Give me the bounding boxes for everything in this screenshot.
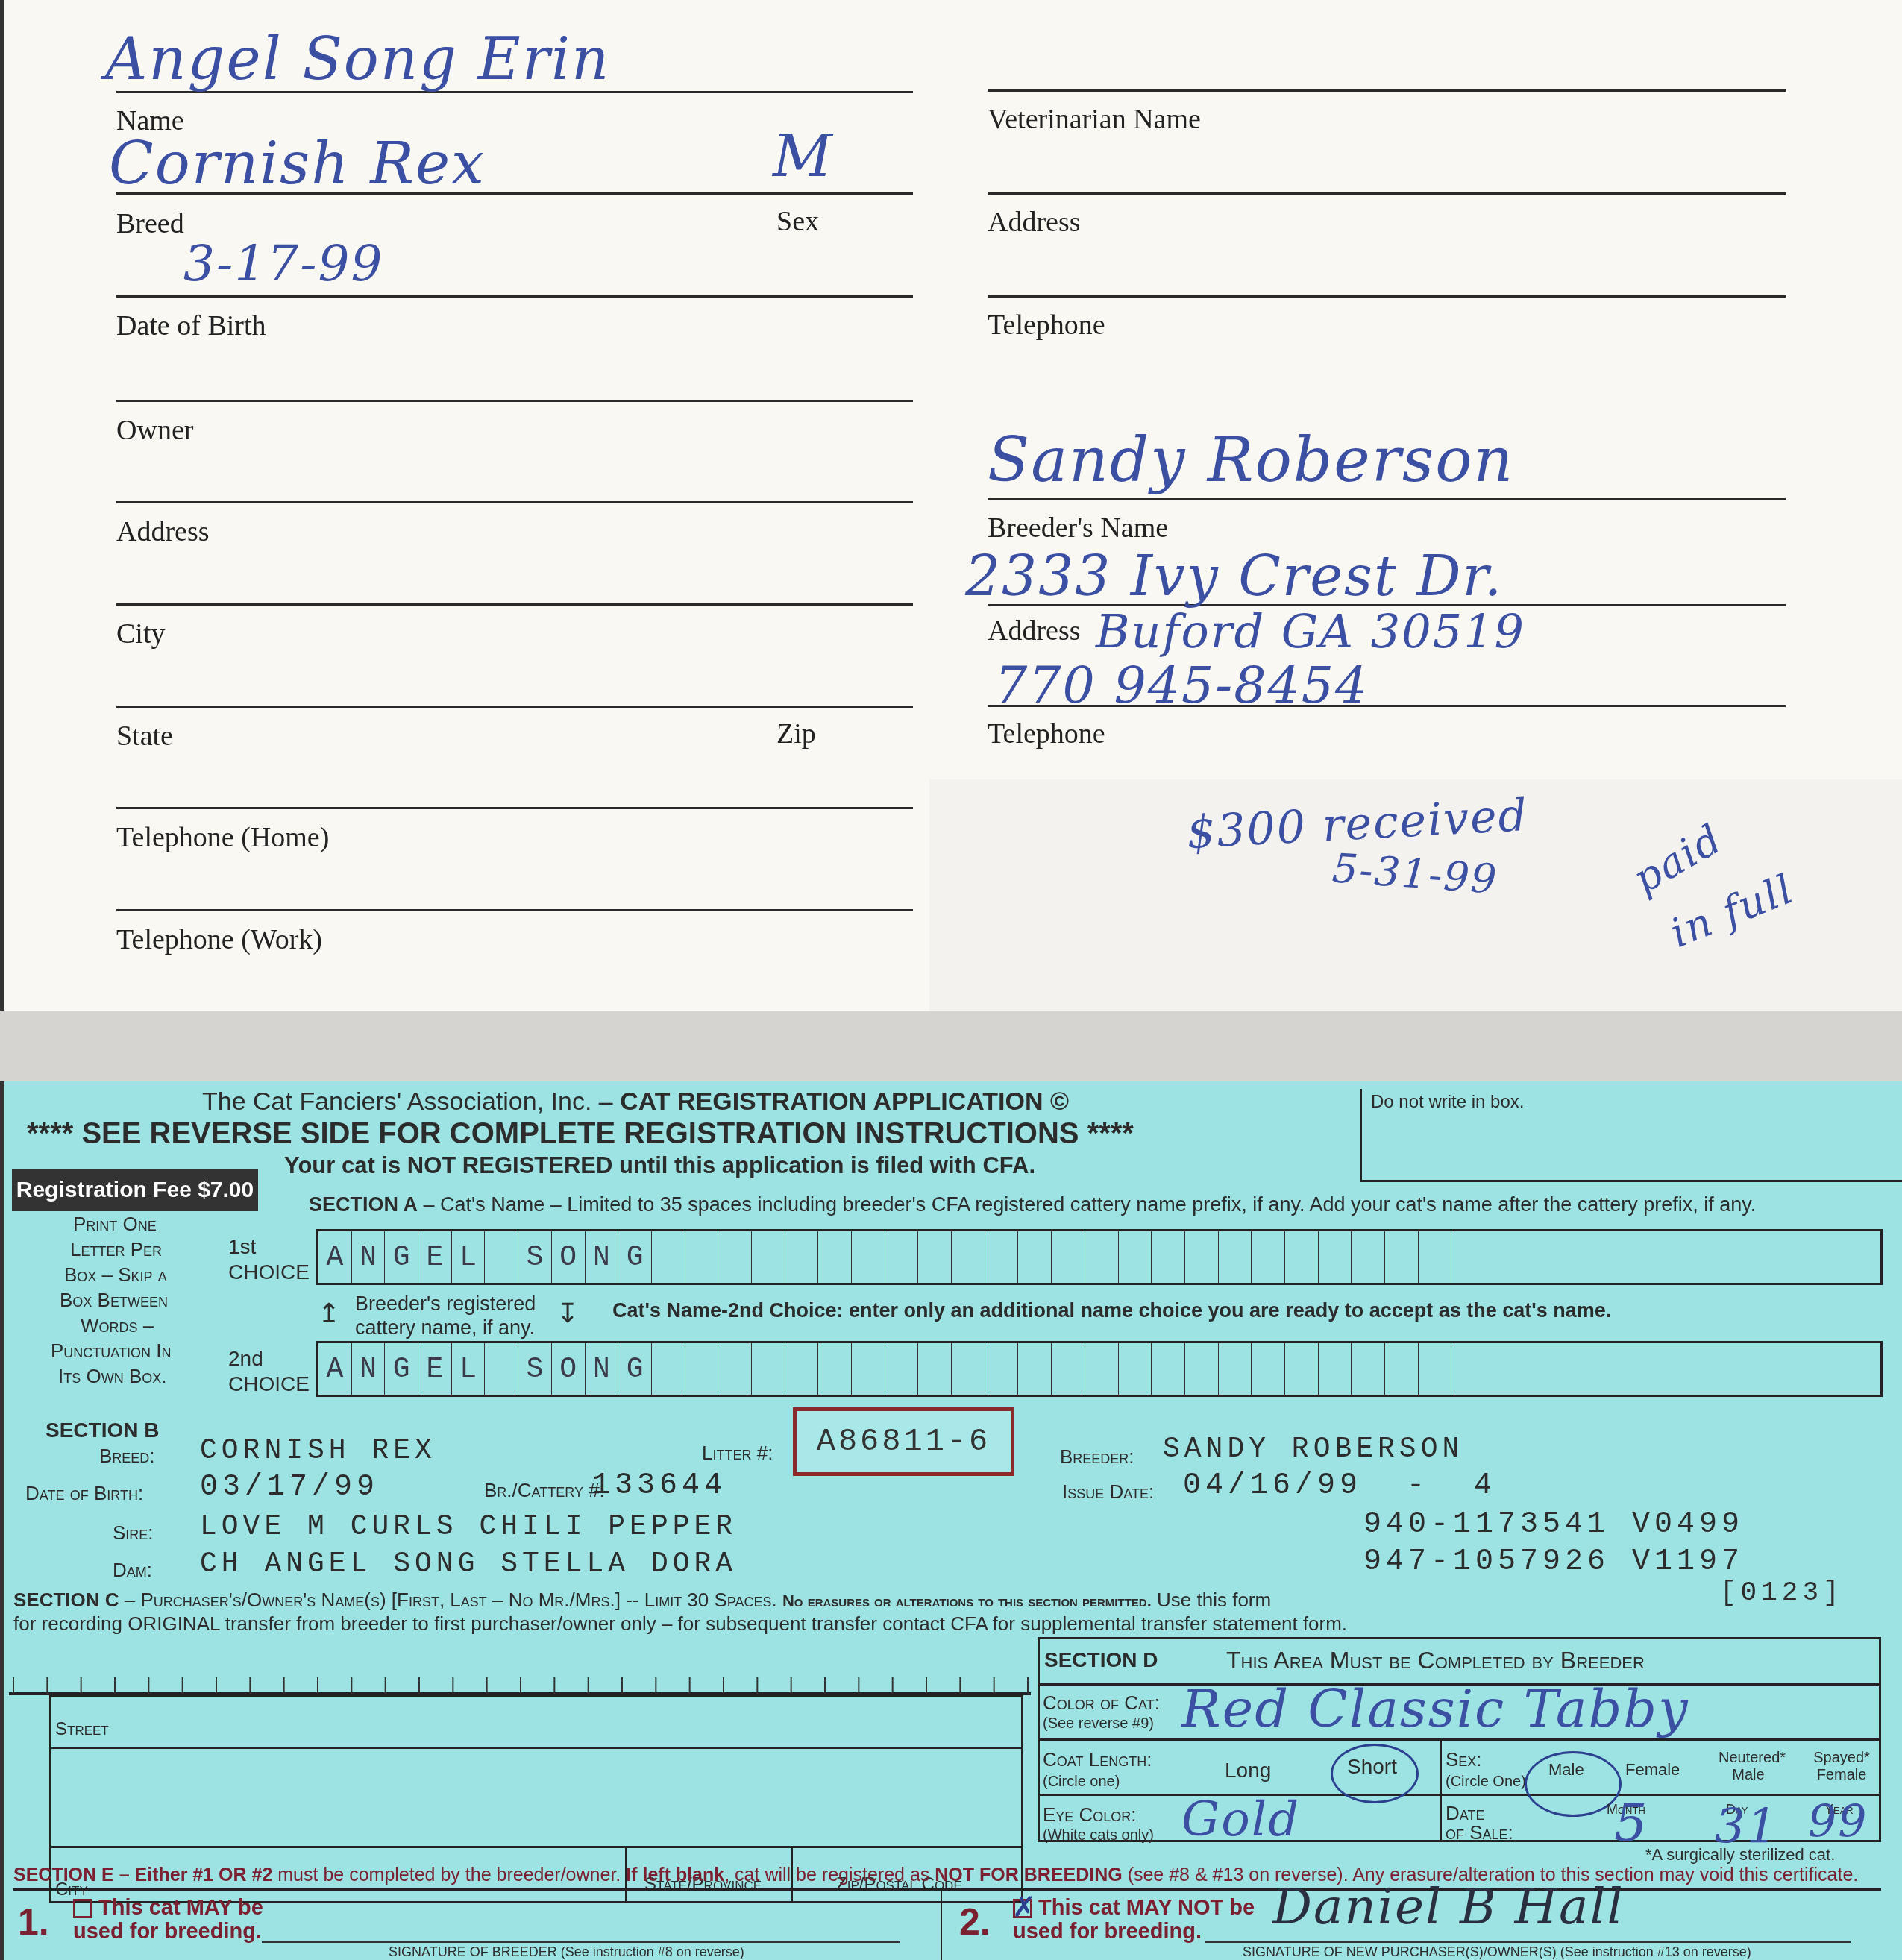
sex-female-option[interactable]: Female — [1625, 1760, 1680, 1780]
name-letter-box[interactable] — [1319, 1231, 1352, 1283]
name-letter-box[interactable] — [985, 1343, 1019, 1395]
name-letter-box[interactable] — [852, 1343, 885, 1395]
name-letter-box[interactable]: G — [385, 1231, 418, 1283]
breeder-phone-field[interactable]: Telephone 770 945-8454 — [988, 641, 1786, 761]
coat-long-option[interactable]: Long — [1225, 1759, 1271, 1782]
name-letter-box[interactable]: N — [352, 1231, 386, 1283]
cfa-registration-form: The Cat Fanciers' Association, Inc. – CA… — [0, 1081, 1902, 1960]
name-letter-box[interactable]: L — [452, 1343, 486, 1395]
name-letter-box[interactable] — [1018, 1231, 1052, 1283]
name-letter-box[interactable] — [752, 1343, 785, 1395]
dob-field[interactable]: Date of Birth 3-17-99 — [116, 239, 913, 343]
name-letter-box[interactable]: E — [418, 1343, 452, 1395]
dam-value: CH ANGEL SONG STELLA DORA — [200, 1548, 737, 1580]
breed-value: Cornish Rex — [109, 131, 486, 198]
breeder-address-field[interactable]: Address 2333 Ivy Crest Dr. Buford GA 305… — [988, 522, 1786, 656]
may-not-breed-checkbox[interactable]: ✗ — [1013, 1899, 1032, 1918]
name-letter-box[interactable]: N — [352, 1343, 386, 1395]
name-letter-box[interactable] — [485, 1343, 518, 1395]
name-letter-box[interactable] — [1285, 1231, 1319, 1283]
section-b-heading: SECTION B — [45, 1419, 159, 1442]
not-registered-notice: Your cat is NOT REGISTERED until this ap… — [284, 1152, 1035, 1179]
breeder-signature-line[interactable] — [262, 1941, 900, 1943]
form-code: [0123] — [1720, 1577, 1844, 1608]
name-letter-box[interactable] — [1285, 1343, 1319, 1395]
name-letter-box[interactable]: S — [518, 1231, 552, 1283]
sterilized-footnote: *A surgically sterilized cat. — [1645, 1845, 1835, 1865]
new-owner-signature-line[interactable] — [1205, 1941, 1851, 1943]
vet-name-field[interactable]: Veterinarian Name — [988, 0, 1786, 149]
owner-home-phone-field[interactable]: Telephone (Home) — [116, 750, 913, 855]
name-letter-box[interactable]: O — [552, 1231, 586, 1283]
litter-number: A86811-6 — [793, 1407, 1014, 1476]
name-letter-box[interactable]: G — [618, 1343, 652, 1395]
name-letter-box[interactable] — [1152, 1231, 1185, 1283]
owner-address-field[interactable]: Address — [116, 445, 913, 549]
name-letter-box[interactable]: N — [586, 1343, 619, 1395]
scan-gap — [0, 1011, 1902, 1081]
owner-work-phone-field[interactable]: Telephone (Work) — [116, 852, 913, 957]
name-letter-box[interactable] — [1152, 1343, 1185, 1395]
name-letter-box[interactable] — [1252, 1343, 1285, 1395]
new-owner-signature: Daniel B Hall — [1272, 1878, 1625, 1935]
name-letter-box[interactable] — [1419, 1343, 1452, 1395]
breeder-value: SANDY ROBERSON — [1163, 1433, 1463, 1466]
registration-fee-badge: Registration Fee $7.00 — [12, 1169, 258, 1211]
name-letter-box[interactable] — [952, 1343, 985, 1395]
section-d: SECTION D This Area Must be Completed by… — [1038, 1637, 1881, 1842]
cattery-value: 133644 — [592, 1469, 726, 1503]
name-letter-box[interactable]: G — [385, 1343, 418, 1395]
may-breed-option[interactable]: This cat MAY be — [73, 1896, 263, 1920]
name-letter-box[interactable] — [918, 1343, 952, 1395]
name-letter-box[interactable] — [718, 1343, 752, 1395]
may-not-breed-option[interactable]: ✗ This cat MAY NOT be — [1013, 1896, 1255, 1920]
owner-field[interactable]: Owner — [116, 343, 913, 447]
second-choice-instruction: Cat's Name-2nd Choice: enter only an add… — [612, 1299, 1611, 1322]
name-letter-box[interactable] — [885, 1231, 919, 1283]
vet-address-field[interactable]: Address — [988, 134, 1786, 239]
name-letter-box[interactable] — [718, 1231, 752, 1283]
name-letter-box[interactable]: E — [418, 1231, 452, 1283]
registration-line-1: 940-1173541 V0499 — [1363, 1508, 1744, 1542]
may-breed-checkbox[interactable] — [73, 1899, 92, 1918]
name-letter-box[interactable] — [818, 1231, 852, 1283]
up-arrow-icon: ↥ — [318, 1298, 340, 1329]
name-letter-box[interactable] — [785, 1231, 819, 1283]
name-letter-box[interactable] — [1319, 1343, 1352, 1395]
name-letter-box[interactable] — [1252, 1231, 1285, 1283]
first-choice-name-boxes[interactable]: ANGELSONG — [316, 1229, 1883, 1285]
form-title: The Cat Fanciers' Association, Inc. – CA… — [202, 1087, 1069, 1116]
registration-line-2: 947-1057926 V1197 — [1363, 1545, 1744, 1579]
sex-spayed-option[interactable]: Spayed* Female — [1812, 1750, 1871, 1784]
name-letter-box[interactable] — [918, 1231, 952, 1283]
sale-month-value[interactable]: 5 — [1614, 1792, 1649, 1853]
pet-record-card: Name Angel Song Erin Breed Cornish Rex S… — [0, 0, 1902, 1011]
name-letter-box[interactable] — [1185, 1343, 1219, 1395]
name-letter-box[interactable] — [1085, 1343, 1119, 1395]
sex-value: M — [773, 123, 834, 190]
name-letter-box[interactable] — [652, 1231, 685, 1283]
name-letter-box[interactable] — [685, 1231, 719, 1283]
name-letter-box[interactable] — [1352, 1231, 1385, 1283]
owner-name-spaces[interactable] — [9, 1667, 1031, 1697]
name-letter-box[interactable] — [985, 1231, 1019, 1283]
name-letter-box[interactable]: S — [518, 1343, 552, 1395]
name-letter-box[interactable] — [1052, 1231, 1085, 1283]
breed-field[interactable]: Breed Cornish Rex Sex M — [116, 134, 913, 239]
name-letter-box[interactable]: A — [318, 1343, 352, 1395]
sire-value: LOVE M CURLS CHILI PEPPER — [200, 1511, 737, 1543]
name-letter-box[interactable] — [485, 1231, 518, 1283]
name-letter-box[interactable] — [1052, 1343, 1085, 1395]
name-letter-box[interactable] — [952, 1231, 985, 1283]
name-letter-box[interactable] — [1119, 1343, 1152, 1395]
see-reverse-banner: **** SEE REVERSE SIDE FOR COMPLETE REGIS… — [27, 1117, 1134, 1151]
name-letter-box[interactable] — [1219, 1231, 1252, 1283]
issue-date-value: 04/16/99 - 4 — [1183, 1469, 1496, 1503]
name-letter-box[interactable] — [818, 1343, 852, 1395]
name-letter-box[interactable] — [1018, 1343, 1052, 1395]
office-use-box: Do not write in box. — [1360, 1089, 1902, 1182]
name-letter-box[interactable]: L — [452, 1231, 486, 1283]
name-letter-box[interactable] — [1119, 1231, 1152, 1283]
coat-selected-circle — [1331, 1744, 1419, 1803]
name-letter-box[interactable]: G — [618, 1231, 652, 1283]
name-letter-box[interactable] — [652, 1343, 685, 1395]
breed-value: CORNISH REX — [200, 1435, 436, 1467]
name-letter-box[interactable] — [785, 1343, 819, 1395]
name-letter-box[interactable] — [1085, 1231, 1119, 1283]
name-letter-box[interactable] — [1352, 1343, 1385, 1395]
name-letter-box[interactable]: O — [552, 1343, 586, 1395]
sex-neutered-option[interactable]: Neutered* Male — [1719, 1750, 1778, 1784]
dob-value: 3-17-99 — [183, 235, 384, 292]
name-letter-box[interactable]: N — [586, 1231, 619, 1283]
breeder-phone-value: 770 945-8454 — [995, 656, 1369, 715]
name-letter-box[interactable] — [1385, 1231, 1419, 1283]
section-c-instruction: SECTION C – Purchaser's/Owner's Name(s) … — [13, 1589, 1271, 1612]
down-arrow-icon: ↧ — [556, 1298, 579, 1329]
name-value: Angel Song Erin — [105, 26, 610, 93]
second-choice-name-boxes[interactable]: ANGELSONG — [316, 1341, 1883, 1397]
name-letter-box[interactable] — [685, 1343, 719, 1395]
breeder-street-value: 2333 Ivy Crest Dr. — [965, 544, 1503, 609]
name-letter-box[interactable]: A — [318, 1231, 352, 1283]
name-letter-box[interactable] — [1185, 1231, 1219, 1283]
name-letter-box[interactable] — [1419, 1231, 1452, 1283]
name-letter-box[interactable] — [1451, 1231, 1485, 1283]
section-a-instruction: SECTION A – Cat's Name – Limited to 35 s… — [309, 1193, 1756, 1216]
color-value[interactable]: Red Classic Tabby — [1181, 1678, 1689, 1739]
name-letter-box[interactable] — [1385, 1343, 1419, 1395]
owner-state-zip-field[interactable]: State Zip — [116, 649, 913, 753]
breeder-name-value: Sandy Roberson — [988, 425, 1514, 496]
name-letter-box[interactable] — [752, 1231, 785, 1283]
owner-city-field[interactable]: City — [116, 547, 913, 651]
eye-color-value[interactable]: Gold — [1181, 1792, 1300, 1847]
name-letter-box[interactable] — [885, 1343, 919, 1395]
sale-year-value[interactable]: 99 — [1808, 1796, 1868, 1848]
name-letter-box[interactable] — [1219, 1343, 1252, 1395]
name-letter-box[interactable] — [852, 1231, 885, 1283]
street-field[interactable]: Street — [55, 1719, 109, 1740]
name-letter-box[interactable] — [1451, 1343, 1485, 1395]
vet-phone-field[interactable]: Telephone — [988, 237, 1786, 342]
dob-value: 03/17/99 — [200, 1471, 379, 1504]
